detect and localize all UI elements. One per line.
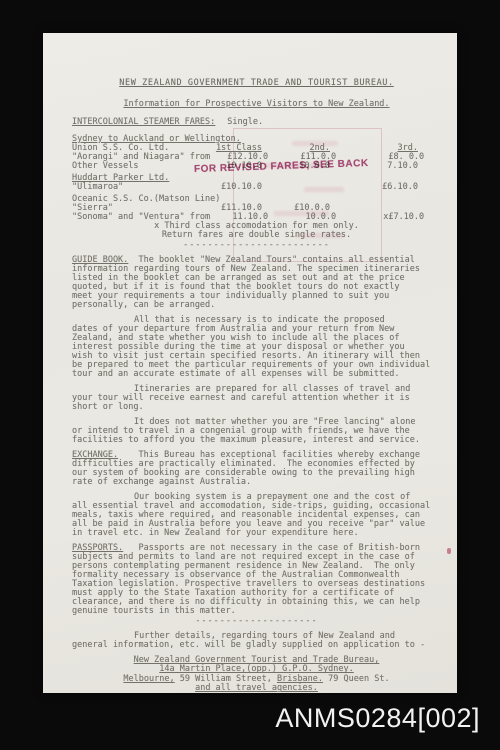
fares-heading-note: Single. (227, 117, 263, 127)
typed-divider: ------------------------ (72, 241, 441, 250)
paragraph-text: Itineraries are prepared for all classes… (72, 384, 410, 412)
document-page: NEW ZEALAND GOVERNMENT TRADE AND TOURIST… (43, 33, 457, 693)
paragraph-text: Passports are not necessary in the case … (72, 543, 425, 616)
closing-paragraph: Further details, regarding tours of New … (72, 632, 441, 650)
ship-name: Other Vessels (72, 162, 204, 171)
fare-2nd (262, 183, 330, 192)
paragraph-exchange: EXCHANGE. This Bureau has exceptional fa… (72, 451, 441, 487)
paragraph: Our booking system is a prepayment one a… (72, 493, 441, 538)
fares-footnote: Return fares are double single rates. (72, 231, 441, 240)
paragraph-guide-book: GUIDE BOOK. The booklet "New Zealand Tou… (72, 256, 441, 310)
fare-row: "Ulimaroa" £10.10.0 £6.10.0 (72, 183, 441, 192)
travel-agencies-line: and all travel agencies. (72, 684, 441, 693)
document-content: NEW ZEALAND GOVERNMENT TRADE AND TOURIST… (43, 33, 457, 693)
paragraph-text: It does not matter whether you are "Free… (72, 417, 420, 445)
document-subtitle: Information for Prospective Visitors to … (72, 100, 441, 109)
fares-section-heading: INTERCOLONIAL STEAMER FARES:Single. (72, 118, 441, 127)
address-brisbane: 79 Queen St. (323, 674, 390, 684)
paragraph-text: Our booking system is a prepayment one a… (72, 492, 430, 538)
bureau-address-block: New Zealand Government Tourist and Trade… (72, 656, 441, 693)
fares-heading-label: INTERCOLONIAL STEAMER FARES: (72, 117, 215, 127)
paragraph-text: All that is necessary is to indicate the… (72, 315, 430, 379)
red-ink-dot (447, 548, 451, 554)
city-melbourne: Melbourne, (123, 674, 174, 684)
paragraph-passports: PASSPORTS. Passports are not necessary i… (72, 544, 441, 616)
paragraph-text: This Bureau has exceptional facilities w… (72, 450, 420, 487)
fare-1st: £10.10.0 (204, 183, 262, 192)
archive-photo: NEW ZEALAND GOVERNMENT TRADE AND TOURIST… (0, 0, 500, 750)
typed-divider: -------------------- (72, 617, 441, 626)
document-title: NEW ZEALAND GOVERNMENT TRADE AND TOURIST… (72, 79, 441, 88)
paragraph: It does not matter whether you are "Free… (72, 418, 441, 445)
paragraph: All that is necessary is to indicate the… (72, 316, 441, 379)
paragraph: Itineraries are prepared for all classes… (72, 385, 441, 412)
archive-reference-label: ANMS0284[002] (275, 701, 480, 735)
paragraph-text: The booklet "New Zealand Tours" contains… (72, 255, 420, 310)
fare-3rd: £6.10.0 (330, 183, 418, 192)
ship-name: "Ulimaroa" (72, 183, 204, 192)
paragraph-text: Further details, regarding tours of New … (72, 631, 425, 650)
